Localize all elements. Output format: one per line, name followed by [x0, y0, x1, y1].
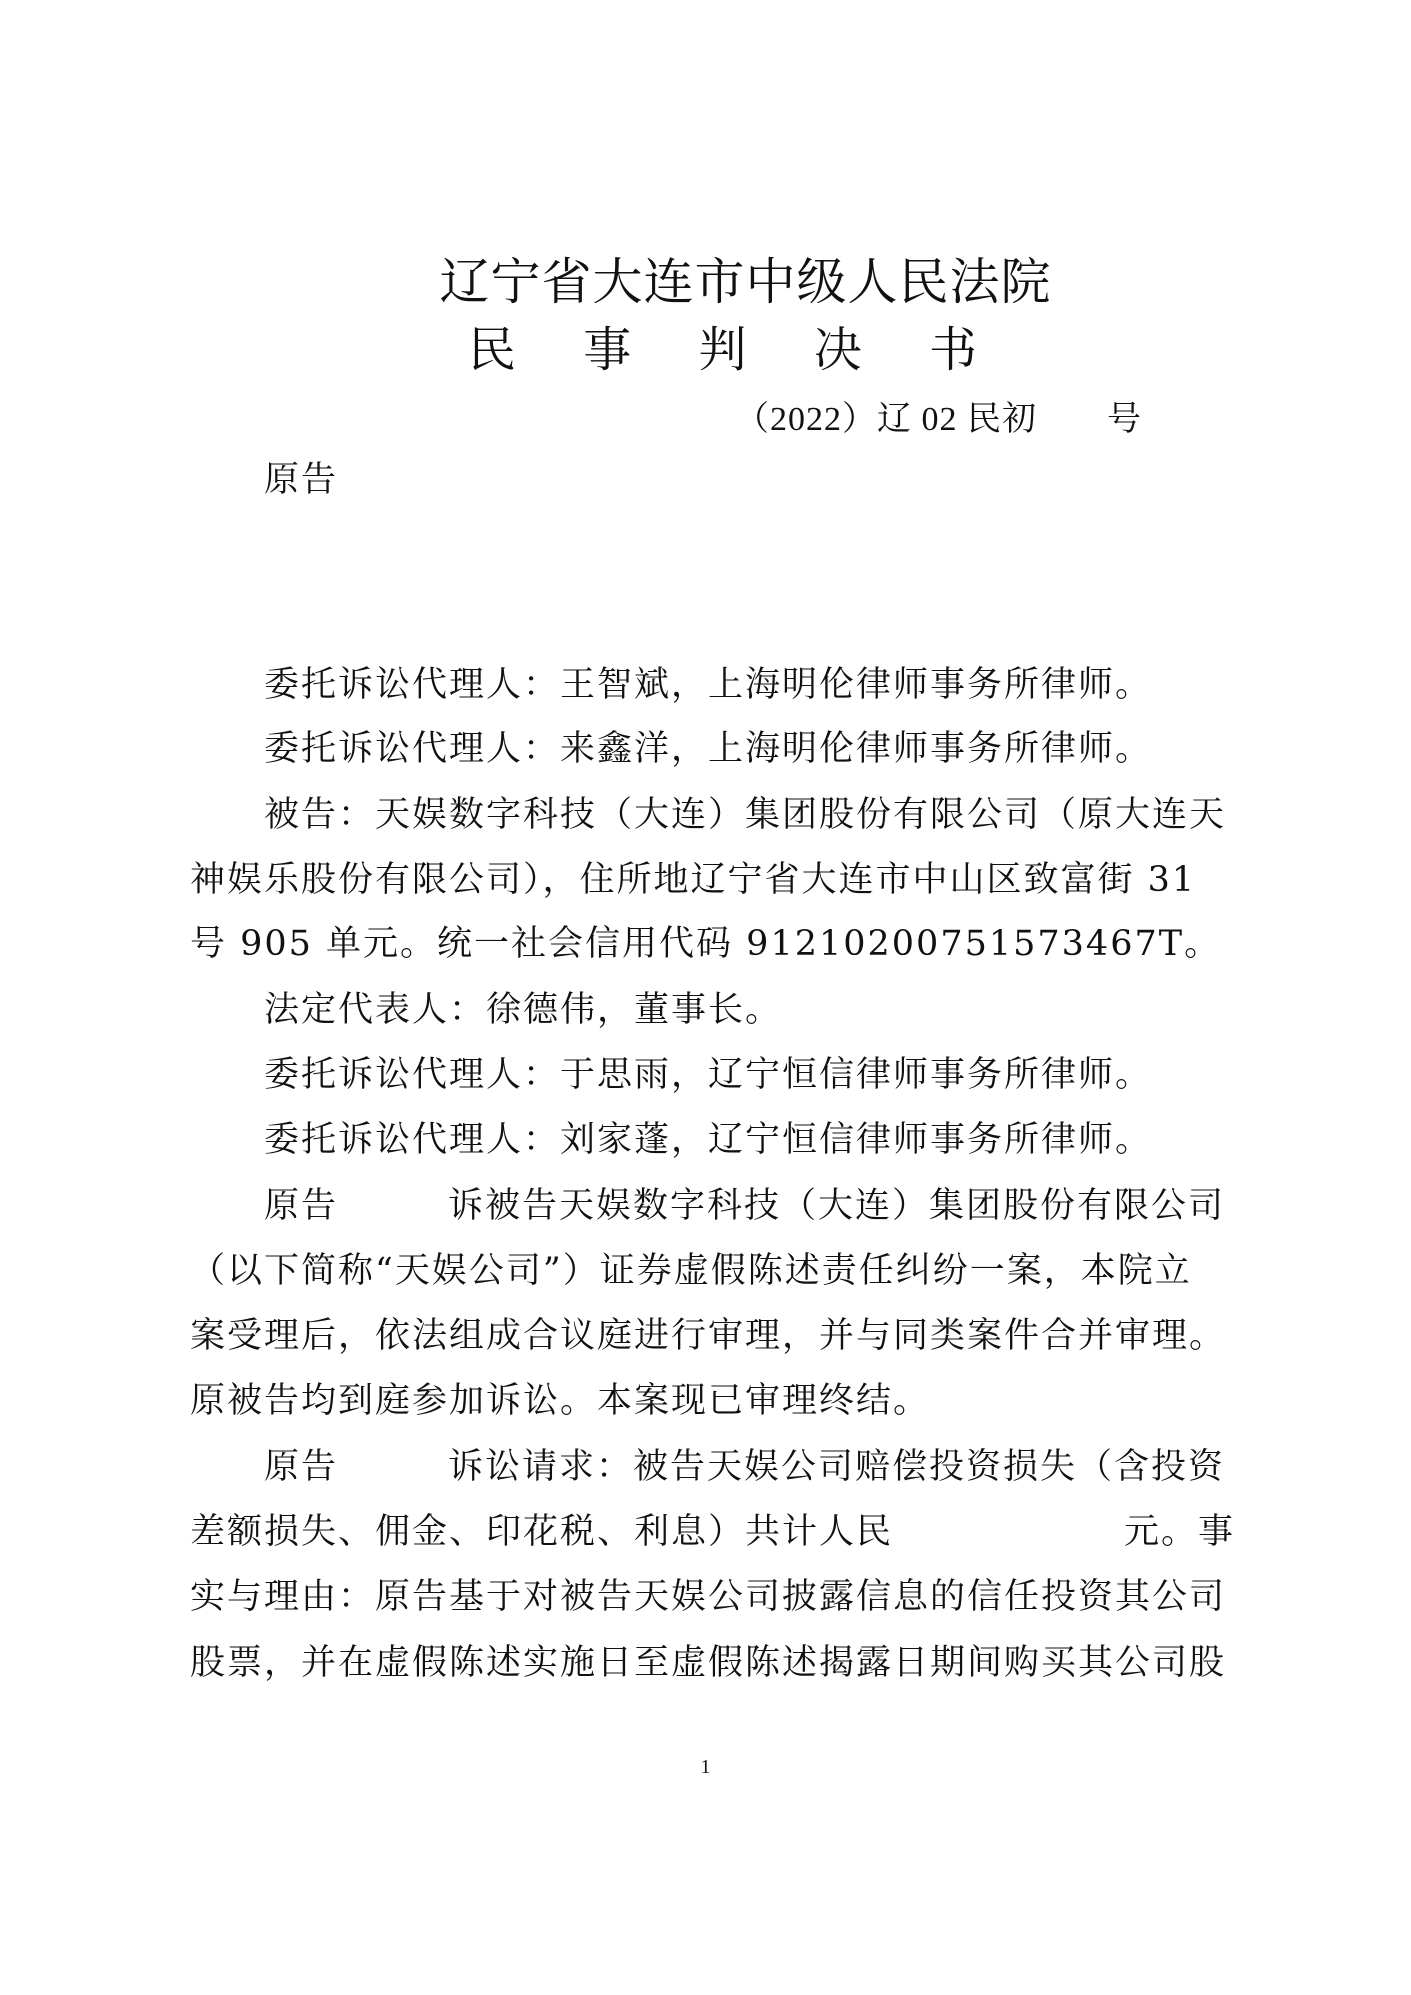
para2-line2: 差额损失、佣金、印花税、利息）共计人民 元。事	[190, 1510, 1235, 1554]
legal-representative: 法定代表人：徐德伟，董事长。	[264, 988, 1235, 1032]
court-name: 辽宁省大连市中级人民法院	[0, 252, 1411, 312]
case-number-prefix: （2022）辽 02 民初	[735, 401, 1037, 438]
case-number: （2022）辽 02 民初号	[735, 398, 1142, 442]
para2-line2-right: 元。事	[1124, 1510, 1235, 1554]
para1-line1-text: 诉被告天娱数字科技（大连）集团股份有限公司	[448, 1186, 1225, 1226]
plaintiff-label: 原告	[264, 458, 1235, 502]
defendant-line-1: 被告：天娱数字科技（大连）集团股份有限公司（原大连天	[264, 793, 1235, 837]
document-type-title: 民 事 判 决 书	[0, 320, 1411, 380]
para2-line1: 原告诉讼请求：被告天娱公司赔偿投资损失（含投资	[264, 1445, 1235, 1489]
para2-line4: 股票，并在虚假陈述实施日至虚假陈述揭露日期间购买其公司股	[190, 1641, 1235, 1685]
para1-line2: （以下简称“天娱公司”）证券虚假陈述责任纠纷一案，本院立	[190, 1249, 1235, 1293]
defendant-line-2: 神娱乐股份有限公司），住所地辽宁省大连市中山区致富街 31	[190, 858, 1235, 902]
para2-line1-text: 诉讼请求：被告天娱公司赔偿投资损失（含投资	[448, 1447, 1225, 1487]
para1-plaintiff-label: 原告	[264, 1186, 338, 1226]
para1-line1: 原告诉被告天娱数字科技（大连）集团股份有限公司	[264, 1184, 1235, 1228]
para2-plaintiff-label: 原告	[264, 1447, 338, 1487]
para2-line3: 实与理由：原告基于对被告天娱公司披露信息的信任投资其公司	[190, 1575, 1235, 1619]
document-page: 辽宁省大连市中级人民法院 民 事 判 决 书 （2022）辽 02 民初号 原告…	[0, 0, 1411, 1995]
para1-line3: 案受理后，依法组成合议庭进行审理，并与同类案件合并审理。	[190, 1314, 1235, 1358]
defendant-agent-1: 委托诉讼代理人：于思雨，辽宁恒信律师事务所律师。	[264, 1053, 1235, 1097]
defendant-agent-2: 委托诉讼代理人：刘家蓬，辽宁恒信律师事务所律师。	[264, 1118, 1235, 1162]
defendant-line-3: 号 905 单元。统一社会信用代码 91210200751573467T。	[190, 922, 1235, 966]
case-number-suffix: 号	[1107, 401, 1142, 438]
para1-line4: 原被告均到庭参加诉讼。本案现已审理终结。	[190, 1379, 1235, 1423]
plaintiff-agent-1: 委托诉讼代理人：王智斌，上海明伦律师事务所律师。	[264, 663, 1235, 707]
plaintiff-agent-2: 委托诉讼代理人：来鑫洋，上海明伦律师事务所律师。	[264, 727, 1235, 771]
page-number: 1	[0, 1755, 1411, 1779]
para2-line2-left: 差额损失、佣金、印花税、利息）共计人民	[190, 1510, 893, 1554]
